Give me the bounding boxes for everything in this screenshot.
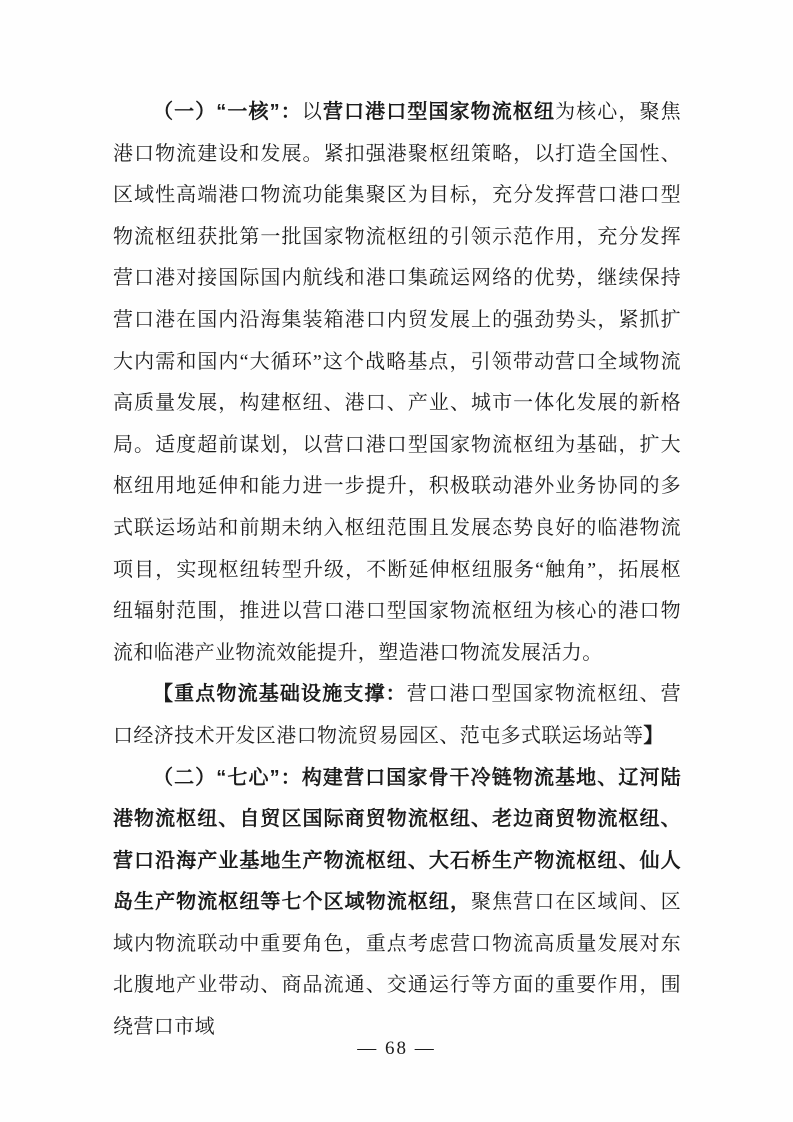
bold-text-run: 营口港口型国家物流枢纽 (323, 101, 555, 123)
document-page: （一）“一核”：以营口港口型国家物流枢纽为核心，聚焦港口物流建设和发展。紧扣强港… (0, 0, 793, 1122)
page-number: — 68 — (0, 1038, 793, 1060)
text-run: 以 (302, 101, 323, 123)
document-body: （一）“一核”：以营口港口型国家物流枢纽为核心，聚焦港口物流建设和发展。紧扣强港… (113, 92, 681, 1049)
bold-text-run: （一）“一核”： (153, 101, 302, 123)
text-run: 聚焦营口在区域间、区域内物流联动中重要角色，重点考虑营口物流高质量发展对东北腹地… (113, 891, 681, 1038)
para-one-core: （一）“一核”：以营口港口型国家物流枢纽为核心，聚焦港口物流建设和发展。紧扣强港… (113, 92, 681, 674)
bold-text-run: 】 (643, 725, 663, 747)
para-seven-centers: （二）“七心”：构建营口国家骨干冷链物流基地、辽河陆港物流枢纽、自贸区国际商贸物… (113, 758, 681, 1049)
para-key-infrastructure: 【重点物流基础设施支撑：营口港口型国家物流枢纽、营口经济技术开发区港口物流贸易园… (113, 674, 681, 757)
text-run: 为核心，聚焦港口物流建设和发展。紧扣强港聚枢纽策略，以打造全国性、区域性高端港口… (113, 101, 681, 664)
bold-text-run: 【重点物流基础设施支撑： (153, 683, 407, 705)
